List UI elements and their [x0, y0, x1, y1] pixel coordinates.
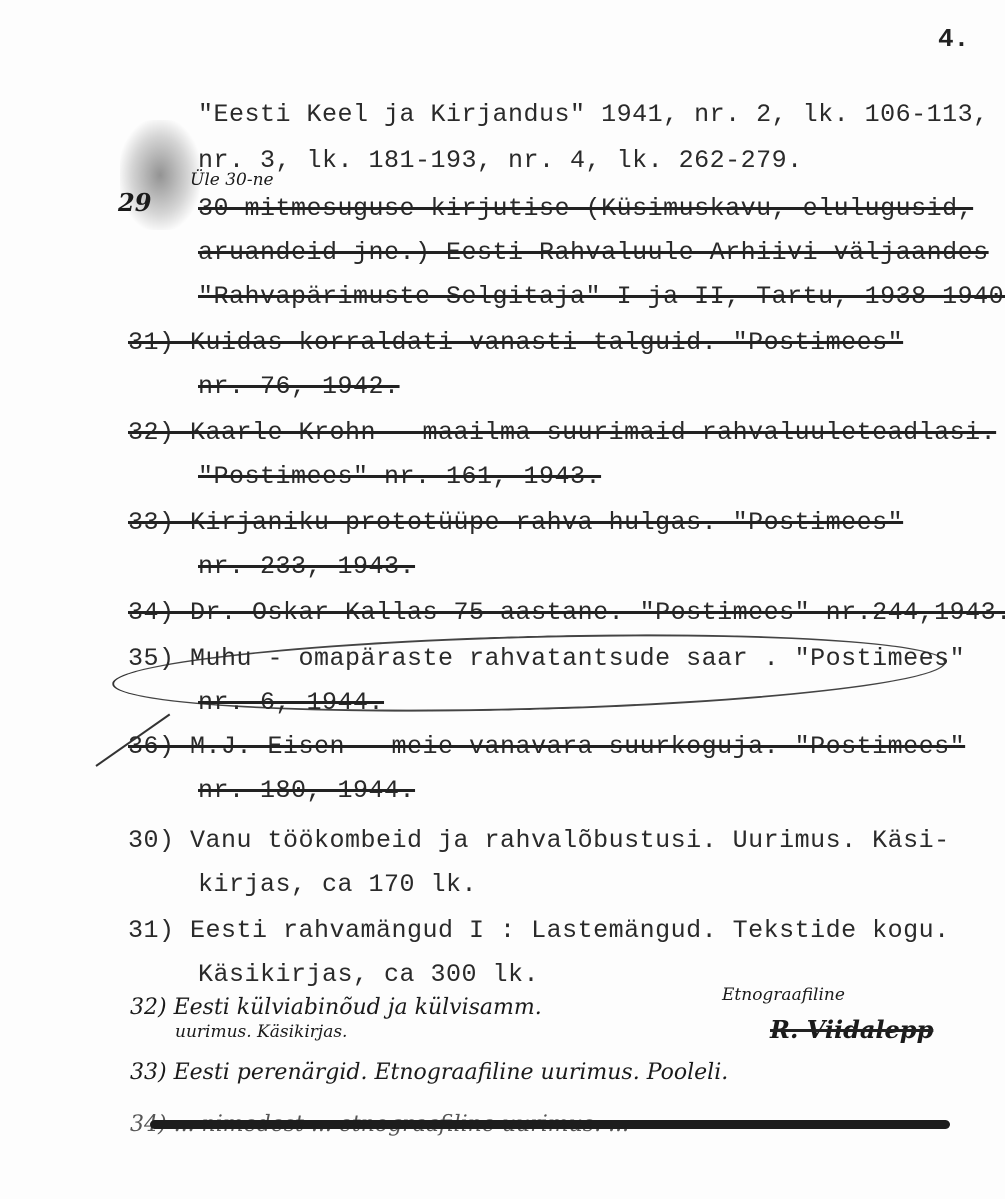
handwritten-annotation: Üle 30-ne: [190, 170, 274, 190]
entry-line: 34) Dr. Oskar Kallas 75-aastane. "Postim…: [128, 598, 1005, 627]
handwritten-line: uurimus. Käsikirjas.: [175, 1022, 347, 1042]
entry-line: 33) Kirjaniku prototüüpe rahva hulgas. "…: [128, 508, 903, 537]
entry-line: nr. 6, 1944.: [198, 688, 384, 717]
entry-line: aruandeid jne.) Eesti Rahvaluule Arhiivi…: [198, 238, 989, 267]
entry-line: 35) Muhu - omapäraste rahvatantsude saar…: [128, 644, 965, 673]
handwritten-line: 33) Eesti perenärgid. Etnograafiline uur…: [130, 1060, 728, 1085]
document-page: 4. "Eesti Keel ja Kirjandus" 1941, nr. 2…: [0, 0, 1005, 1199]
entry-line: kirjas, ca 170 lk.: [198, 870, 477, 899]
entry-line: 30 mitmesuguse kirjutise (Küsimuskavu, e…: [198, 194, 973, 223]
entry-line: Käsikirjas, ca 300 lk.: [198, 960, 539, 989]
entry-line: nr. 76, 1942.: [198, 372, 400, 401]
scratch-out: [150, 1120, 950, 1129]
entry-line: nr. 180, 1944.: [198, 776, 415, 805]
entry-line: 36) M.J. Eisen - meie vanavara suurkoguj…: [128, 732, 965, 761]
entry-line: "Eesti Keel ja Kirjandus" 1941, nr. 2, l…: [198, 100, 989, 129]
overwritten-number: 29: [118, 188, 151, 217]
page-number: 4.: [938, 24, 969, 54]
entry-line: "Postimees" nr. 161, 1943.: [198, 462, 601, 491]
entry-line: nr. 233, 1943.: [198, 552, 415, 581]
entry-line: 30) Vanu töökombeid ja rahvalõbustusi. U…: [128, 826, 950, 855]
handwritten-line: 32) Eesti külviabinõud ja külvisamm.: [130, 995, 542, 1020]
entry-line: 31) Kuidas korraldati vanasti talguid. "…: [128, 328, 903, 357]
handwritten-note: Etnograafiline: [722, 985, 845, 1005]
entry-line: 32) Kaarle Krohn - maailma suurimaid rah…: [128, 418, 996, 447]
entry-line: nr. 3, lk. 181-193, nr. 4, lk. 262-279.: [198, 146, 803, 175]
entry-line: 31) Eesti rahvamängud I : Lastemängud. T…: [128, 916, 950, 945]
signature: R. Viidalepp: [770, 1015, 933, 1044]
entry-line: "Rahvapärimuste Selgitaja" I ja II, Tart…: [198, 282, 1005, 311]
